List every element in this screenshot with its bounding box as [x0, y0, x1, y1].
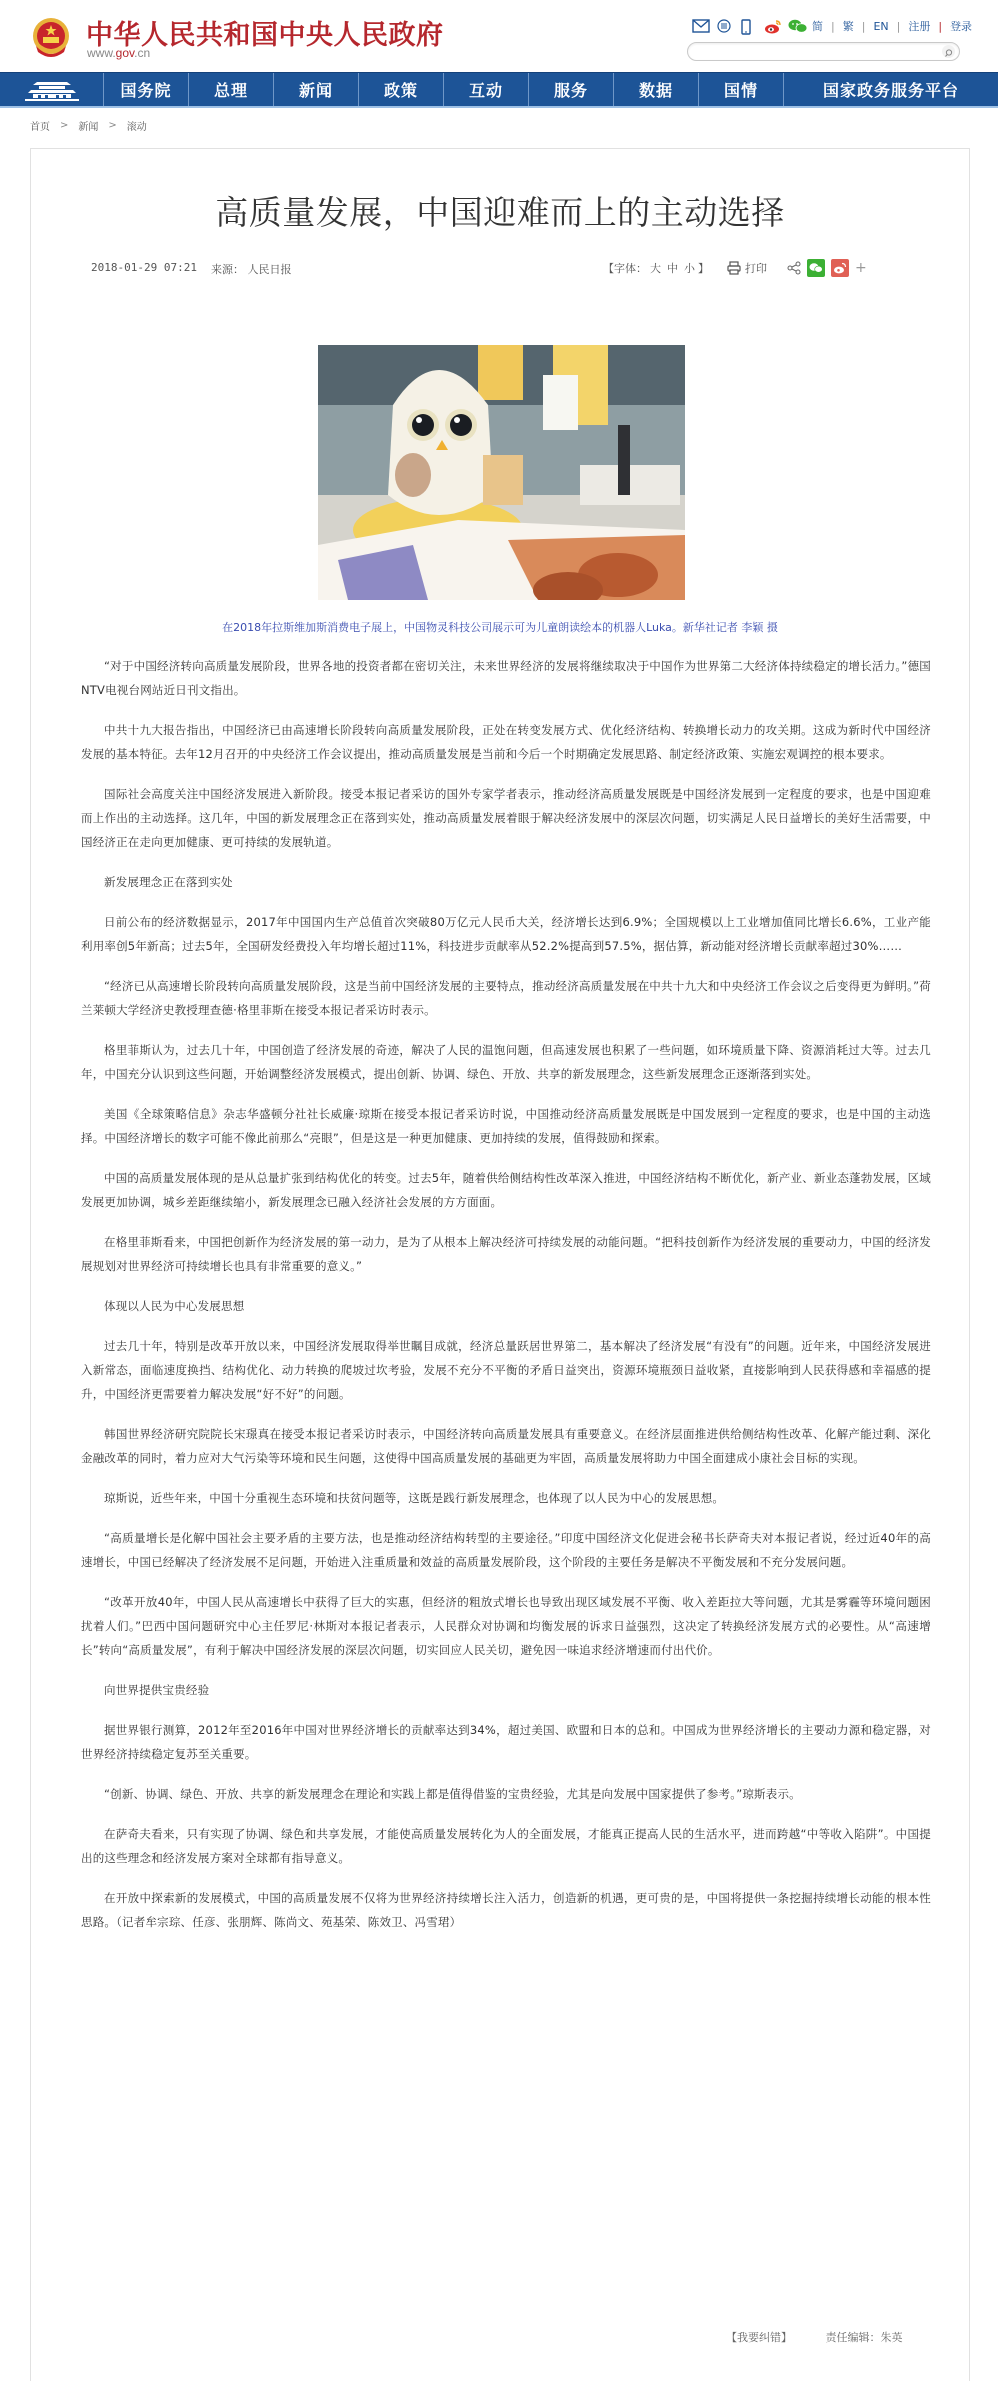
share-weibo-button[interactable]	[831, 259, 849, 277]
nav-item-news[interactable]: 新闻	[274, 73, 359, 106]
share-wechat-button[interactable]	[807, 259, 825, 277]
wechat-icon[interactable]	[788, 19, 806, 34]
paragraph: 美国《全球策略信息》杂志华盛顿分社社长威廉·琼斯在接受本报记者采访时说，中国推动…	[81, 1102, 931, 1150]
font-medium-button[interactable]: 中	[667, 262, 678, 275]
search-icon	[942, 47, 955, 60]
nav-item-state-council[interactable]: 国务院	[104, 73, 189, 106]
breadcrumb-separator: >	[108, 120, 116, 131]
print-button[interactable]: 打印	[727, 260, 767, 276]
share-icon[interactable]	[787, 261, 801, 275]
breadcrumb-rolling[interactable]: 滚动	[127, 118, 147, 133]
search-box	[687, 42, 960, 61]
nav-item-interaction[interactable]: 互动	[444, 73, 529, 106]
article-photo	[318, 345, 685, 600]
search-input[interactable]	[698, 47, 938, 64]
section-heading: 体现以人民为中心发展思想	[81, 1294, 931, 1318]
report-error-link[interactable]: 【我要纠错】	[726, 2331, 792, 2344]
wechat-icon	[809, 262, 823, 274]
main-nav: 国务院 总理 新闻 政策 互动 服务 数据 国情 国家政务服务平台	[0, 72, 998, 108]
article-footer: 【我要纠错】 责任编辑：朱英	[726, 2329, 903, 2345]
breadcrumb-news[interactable]: 新闻	[78, 118, 98, 133]
article-title: 高质量发展，中国迎难而上的主动选择	[31, 187, 969, 234]
share-more-button[interactable]: +	[855, 260, 867, 276]
paragraph: 琼斯说，近些年来，中国十分重视生态环境和扶贫问题等，这既是践行新发展理念，也体现…	[81, 1486, 931, 1510]
paragraph: “高质量增长是化解中国社会主要矛盾的主要方法，也是推动经济结构转型的主要途径。”…	[81, 1526, 931, 1574]
weibo-icon	[833, 262, 847, 274]
paragraph: “创新、协调、绿色、开放、共享的新发展理念在理论和实践上都是值得借鉴的宝贵经验，…	[81, 1782, 931, 1806]
site-url-prefix: www.	[87, 46, 116, 60]
paragraph: 在开放中探索新的发展模式，中国的高质量发展不仅将为世界经济持续增长注入活力，创造…	[81, 1886, 931, 1934]
source-name: 人民日报	[247, 263, 291, 276]
message-icon[interactable]	[716, 19, 734, 34]
section-heading: 向世界提供宝贵经验	[81, 1678, 931, 1702]
mail-icon[interactable]	[692, 19, 710, 34]
paragraph: 在格里菲斯看来，中国把创新作为经济发展的第一动力，是为了从根本上解决经济可持续发…	[81, 1230, 931, 1278]
site-url-suffix: .cn	[134, 46, 150, 60]
paragraph: “经济已从高速增长阶段转向高质量发展阶段，这是当前中国经济发展的主要特点，推动经…	[81, 974, 931, 1022]
nav-item-gov-service-platform[interactable]: 国家政务服务平台	[784, 73, 998, 106]
paragraph: 日前公布的经济数据显示，2017年中国国内生产总值首次突破80万亿元人民币大关，…	[81, 910, 931, 958]
lang-traditional-link[interactable]: 繁	[843, 18, 854, 34]
font-size-control: 【字体：大中小】	[603, 260, 709, 276]
photo-caption: 在2018年拉斯维加斯消费电子展上，中国物灵科技公司展示可为儿童朗读绘本的机器人…	[31, 619, 969, 635]
mobile-icon[interactable]	[740, 19, 758, 34]
article-body: “对于中国经济转向高质量发展阶段，世界各地的投资者都在密切关注，未来世界经济的发…	[81, 654, 931, 1950]
paragraph: 格里菲斯认为，过去几十年，中国创造了经济发展的奇迹，解决了人民的温饱问题，但高速…	[81, 1038, 931, 1086]
breadcrumb-home[interactable]: 首页	[30, 118, 50, 133]
nav-item-national-info[interactable]: 国情	[699, 73, 784, 106]
separator: |	[897, 20, 901, 33]
paragraph: “对于中国经济转向高质量发展阶段，世界各地的投资者都在密切关注，未来世界经济的发…	[81, 654, 931, 702]
paragraph: 在萨奇夫看来，只有实现了协调、绿色和共享发展，才能使高质量发展转化为人的全面发展…	[81, 1822, 931, 1870]
font-label-close: 】	[698, 262, 709, 275]
publish-datetime: 2018-01-29 07:21	[91, 261, 197, 277]
robot-luka-photo	[318, 345, 685, 600]
search-button[interactable]	[942, 45, 955, 58]
paragraph: 中共十九大报告指出，中国经济已由高速增长阶段转向高质量发展阶段，正处在转变发展方…	[81, 718, 931, 766]
font-small-button[interactable]: 小	[684, 262, 695, 275]
paragraph: 国际社会高度关注中国经济发展进入新阶段。接受本报记者采访的国外专家学者表示，推动…	[81, 782, 931, 854]
site-url: www.gov.cn	[87, 46, 150, 60]
nav-home-button[interactable]	[0, 73, 104, 106]
lang-english-link[interactable]: EN	[873, 20, 888, 33]
weibo-icon[interactable]	[764, 19, 782, 34]
top-links: 简 | 繁 | EN | 注册 | 登录	[692, 18, 972, 34]
paragraph: 中国的高质量发展体现的是从总量扩张到结构优化的转变。过去5年，随着供给侧结构性改…	[81, 1166, 931, 1214]
site-header: 中华人民共和国中央人民政府 www.gov.cn 简 | 繁 | EN | 注册…	[0, 0, 998, 72]
tiananmen-icon	[23, 78, 81, 102]
nav-item-policy[interactable]: 政策	[359, 73, 444, 106]
section-heading: 新发展理念正在落到实处	[81, 870, 931, 894]
national-emblem-icon[interactable]	[30, 16, 72, 60]
site-url-gov: gov	[116, 46, 134, 60]
paragraph: 韩国世界经济研究院院长宋璟真在接受本报记者采访时表示，中国经济转向高质量发展具有…	[81, 1422, 931, 1470]
lang-simplified-link[interactable]: 简	[812, 18, 823, 34]
nav-item-services[interactable]: 服务	[529, 73, 614, 106]
source-label: 来源：	[211, 263, 244, 276]
separator: |	[831, 20, 835, 33]
article-tools: 【字体：大中小】 打印 +	[603, 259, 867, 277]
nav-item-data[interactable]: 数据	[614, 73, 699, 106]
article-card: 高质量发展，中国迎难而上的主动选择 2018-01-29 07:21 来源： 人…	[30, 148, 970, 2381]
font-label: 【字体：	[603, 262, 647, 275]
printer-icon	[727, 261, 741, 275]
responsible-editor: 责任编辑：朱英	[826, 2331, 903, 2344]
separator: |	[862, 20, 866, 33]
breadcrumb: 首页 > 新闻 > 滚动	[30, 118, 147, 133]
font-large-button[interactable]: 大	[650, 262, 661, 275]
article-meta: 2018-01-29 07:21 来源： 人民日报	[91, 261, 291, 277]
print-label: 打印	[745, 260, 767, 276]
breadcrumb-separator: >	[60, 120, 68, 131]
paragraph: 过去几十年，特别是改革开放以来，中国经济发展取得举世瞩目成就，经济总量跃居世界第…	[81, 1334, 931, 1406]
register-link[interactable]: 注册	[908, 18, 930, 34]
separator: |	[938, 20, 942, 33]
paragraph: 据世界银行测算，2012年至2016年中国对世界经济增长的贡献率达到34%，超过…	[81, 1718, 931, 1766]
paragraph: “改革开放40年，中国人民从高速增长中获得了巨大的实惠，但经济的粗放式增长也导致…	[81, 1590, 931, 1662]
login-link[interactable]: 登录	[950, 18, 972, 34]
article-source: 来源： 人民日报	[211, 261, 292, 277]
nav-item-premier[interactable]: 总理	[189, 73, 274, 106]
